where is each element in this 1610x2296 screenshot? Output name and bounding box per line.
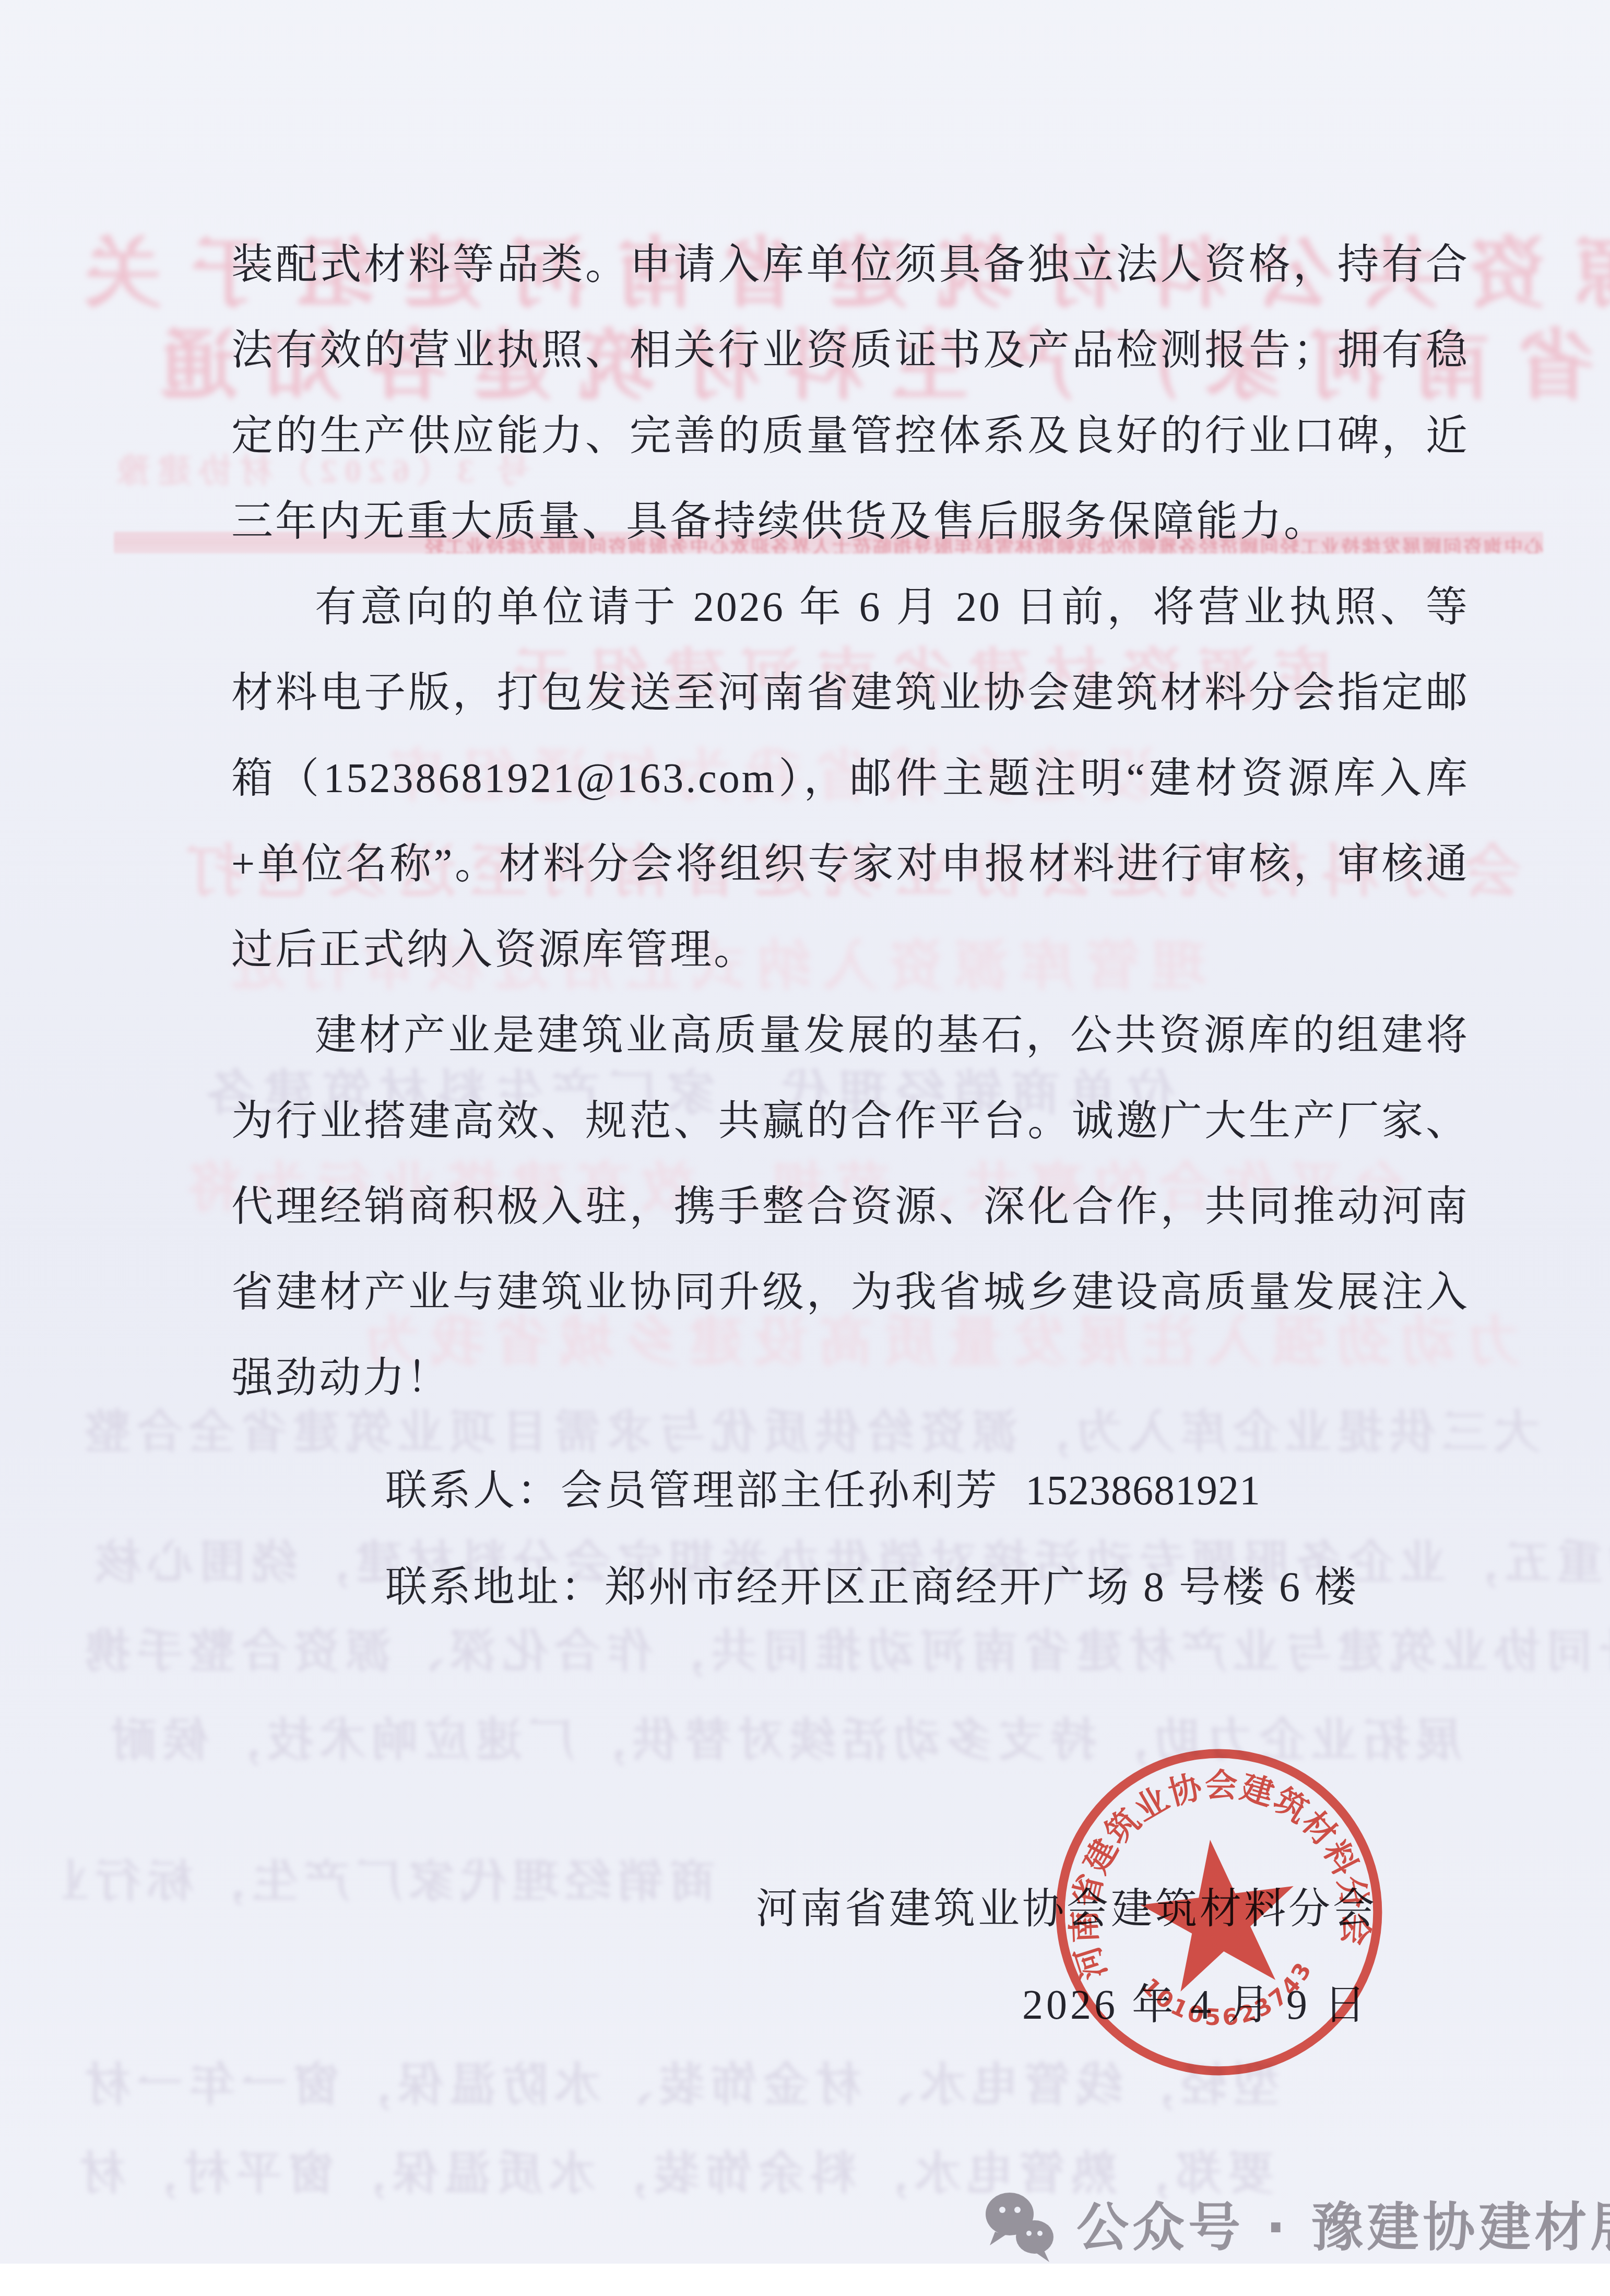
contact-address-line: 联系地址：郑州市经开区正商经开广场 8 号楼 6 楼: [385, 1559, 1358, 1616]
paragraph-application: 有意向的单位请于 2026 年 6 月 20 日前，将营业执照、等材料电子版，打…: [231, 564, 1470, 993]
letter-body: 装配式材料等品类。申请入库单位须具备独立法人资格，持有合法有效的营业执照、相关行…: [231, 222, 1470, 1421]
contact-person-name: 会员管理部主任孙利芳: [561, 1468, 999, 1514]
bleedthrough-row: 商销经理代家厂产生，标行业变革: [63, 1859, 715, 1905]
contact-person-line: 联系人：会员管理部主任孙利芳 15238681921: [385, 1462, 1261, 1520]
paragraph-requirements: 装配式材料等品类。申请入库单位须具备独立法人资格，持有合法有效的营业执照、相关行…: [231, 222, 1470, 564]
contact-phone: 15238681921: [1025, 1468, 1261, 1514]
scanned-document-page: 知通的库源资共公料材筑建省南河建组于关 会协业筑建省南河家厂产生料材筑建各知通 …: [0, 0, 1610, 2296]
official-seal: 河南省建筑业协会建筑材料分会 4101056237439: [1025, 1718, 1413, 2106]
wechat-icon: [980, 2187, 1059, 2265]
wechat-watermark-text: 公众号 · 豫建协建材展厅: [1076, 2198, 1610, 2254]
contact-address-value: 郑州市经开区正商经开广场 8 号楼 6 楼: [605, 1564, 1358, 1610]
seal-star-icon: [1133, 1830, 1305, 1995]
wechat-watermark: 公众号 · 豫建协建材展厅: [980, 2187, 1610, 2265]
contact-address-label: 联系地址：: [385, 1564, 605, 1610]
scan-edge: [0, 2264, 1610, 2296]
paragraph-invitation: 建材产业是建筑业高质量发展的基石，公共资源库的组建将为行业搭建高效、规范、共赢的…: [231, 993, 1470, 1421]
contact-person-label: 联系人：: [385, 1468, 561, 1514]
bleedthrough-row: 级升同协业筑建与业产材建省南河动推同共，作合化深、源资合整手携: [78, 1629, 1610, 1675]
